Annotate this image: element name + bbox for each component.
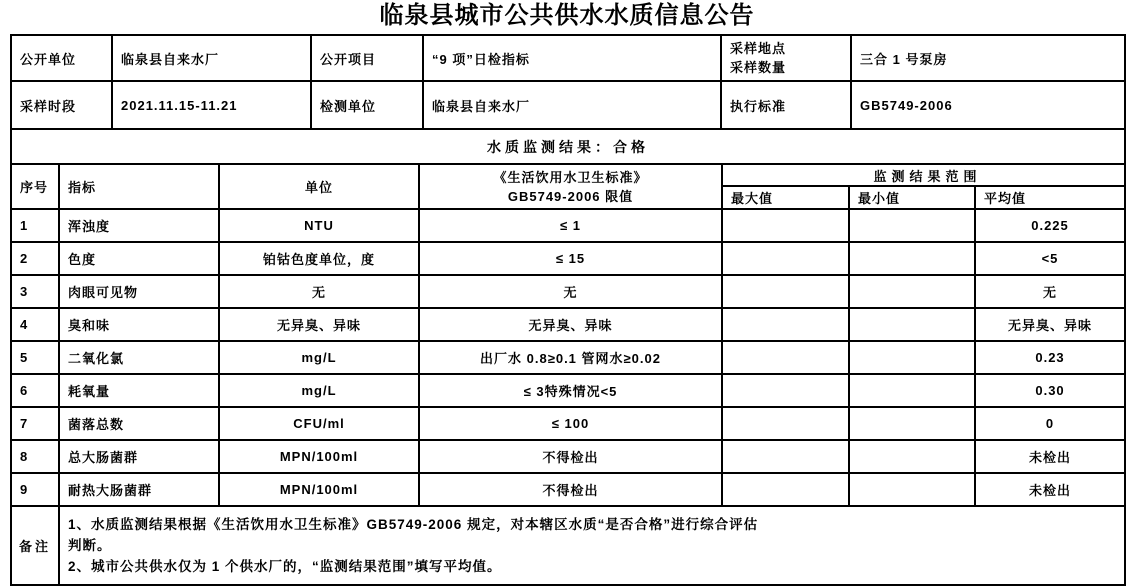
sampling-site-label-line: 采样地点 bbox=[730, 39, 850, 58]
public-unit-value: 临泉县自来水厂 bbox=[112, 35, 311, 81]
unit-cell: MPN/100ml bbox=[219, 473, 419, 506]
min-value-cell bbox=[849, 308, 975, 341]
avg-value-cell: 无异臭、异味 bbox=[975, 308, 1125, 341]
max-value-cell bbox=[722, 275, 849, 308]
sampling-site-value: 三合 1 号泵房 bbox=[851, 35, 1125, 81]
unit-cell: CFU/ml bbox=[219, 407, 419, 440]
public-project-value: “9 项”日检指标 bbox=[423, 35, 721, 81]
avg-value-cell: 0.225 bbox=[975, 209, 1125, 242]
min-value-cell bbox=[849, 407, 975, 440]
indicators-table: 序号 指标 单位 《生活饮用水卫生标准》 GB5749-2006 限值 监测结果… bbox=[10, 163, 1126, 586]
table-row: 2 色度 铂钴色度单位，度 ≤ 15 <5 bbox=[11, 242, 1125, 275]
max-value-cell bbox=[722, 440, 849, 473]
limit-cell: ≤ 3特殊情况<5 bbox=[419, 374, 722, 407]
row-no-cell: 9 bbox=[11, 473, 59, 506]
public-unit-label: 公开单位 bbox=[11, 35, 112, 81]
limit-header-line2: GB5749-2006 限值 bbox=[420, 187, 721, 206]
indicator-cell: 色度 bbox=[59, 242, 219, 275]
indicator-cell: 总大肠菌群 bbox=[59, 440, 219, 473]
col-header-limit: 《生活饮用水卫生标准》 GB5749-2006 限值 bbox=[419, 164, 722, 209]
limit-cell: 无异臭、异味 bbox=[419, 308, 722, 341]
min-value-cell bbox=[849, 209, 975, 242]
avg-value-cell: 0 bbox=[975, 407, 1125, 440]
remarks-line-2: 判断。 bbox=[68, 535, 1124, 556]
max-value-cell bbox=[722, 407, 849, 440]
public-project-label: 公开项目 bbox=[311, 35, 423, 81]
row-no-cell: 7 bbox=[11, 407, 59, 440]
min-value-cell bbox=[849, 374, 975, 407]
indicator-cell: 耗氧量 bbox=[59, 374, 219, 407]
result-banner: 水质监测结果：合格 bbox=[11, 129, 1125, 164]
limit-cell: ≤ 15 bbox=[419, 242, 722, 275]
indicator-cell: 二氧化氯 bbox=[59, 341, 219, 374]
table-row: 采样时段 2021.11.15-11.21 检测单位 临泉县自来水厂 执行标准 … bbox=[11, 81, 1125, 129]
remarks-content: 1、水质监测结果根据《生活饮用水卫生标准》GB5749-2006 规定，对本辖区… bbox=[59, 506, 1125, 585]
remarks-line-3: 2、城市公共供水仅为 1 个供水厂的，“监测结果范围”填写平均值。 bbox=[68, 556, 1124, 577]
unit-cell: 无 bbox=[219, 275, 419, 308]
unit-cell: 铂钴色度单位，度 bbox=[219, 242, 419, 275]
info-header-table: 公开单位 临泉县自来水厂 公开项目 “9 项”日检指标 采样地点 采样数量 三合… bbox=[10, 34, 1126, 165]
limit-cell: 不得检出 bbox=[419, 440, 722, 473]
standard-value: GB5749-2006 bbox=[851, 81, 1125, 129]
max-value-cell bbox=[722, 308, 849, 341]
max-value-cell bbox=[722, 374, 849, 407]
limit-cell: 出厂水 0.8≥0.1 管网水≥0.02 bbox=[419, 341, 722, 374]
limit-cell: ≤ 100 bbox=[419, 407, 722, 440]
limit-cell: ≤ 1 bbox=[419, 209, 722, 242]
unit-cell: 无异臭、异味 bbox=[219, 308, 419, 341]
min-value-cell bbox=[849, 275, 975, 308]
sampling-site-count-label: 采样地点 采样数量 bbox=[721, 35, 851, 81]
min-value-cell bbox=[849, 473, 975, 506]
indicator-cell: 肉眼可见物 bbox=[59, 275, 219, 308]
unit-cell: mg/L bbox=[219, 374, 419, 407]
row-no-cell: 4 bbox=[11, 308, 59, 341]
testing-unit-value: 临泉县自来水厂 bbox=[423, 81, 721, 129]
col-header-indicator: 指标 bbox=[59, 164, 219, 209]
remarks-row: 备注 1、水质监测结果根据《生活饮用水卫生标准》GB5749-2006 规定，对… bbox=[11, 506, 1125, 585]
table-row: 公开单位 临泉县自来水厂 公开项目 “9 项”日检指标 采样地点 采样数量 三合… bbox=[11, 35, 1125, 81]
col-header-no: 序号 bbox=[11, 164, 59, 209]
table-row: 水质监测结果：合格 bbox=[11, 129, 1125, 164]
testing-unit-label: 检测单位 bbox=[311, 81, 423, 129]
avg-value-cell: 无 bbox=[975, 275, 1125, 308]
unit-cell: NTU bbox=[219, 209, 419, 242]
indicator-cell: 菌落总数 bbox=[59, 407, 219, 440]
col-header-min: 最小值 bbox=[849, 186, 975, 209]
row-no-cell: 3 bbox=[11, 275, 59, 308]
limit-cell: 不得检出 bbox=[419, 473, 722, 506]
page-title: 临泉县城市公共供水水质信息公告 bbox=[0, 0, 1134, 34]
table-row: 8 总大肠菌群 MPN/100ml 不得检出 未检出 bbox=[11, 440, 1125, 473]
table-header-row: 序号 指标 单位 《生活饮用水卫生标准》 GB5749-2006 限值 监测结果… bbox=[11, 164, 1125, 186]
col-header-unit: 单位 bbox=[219, 164, 419, 209]
limit-header-line1: 《生活饮用水卫生标准》 bbox=[420, 168, 721, 187]
unit-cell: MPN/100ml bbox=[219, 440, 419, 473]
table-row: 1 浑浊度 NTU ≤ 1 0.225 bbox=[11, 209, 1125, 242]
min-value-cell bbox=[849, 242, 975, 275]
sampling-count-label-line: 采样数量 bbox=[730, 58, 850, 77]
max-value-cell bbox=[722, 242, 849, 275]
row-no-cell: 8 bbox=[11, 440, 59, 473]
row-no-cell: 1 bbox=[11, 209, 59, 242]
table-row: 3 肉眼可见物 无 无 无 bbox=[11, 275, 1125, 308]
sampling-period-value: 2021.11.15-11.21 bbox=[112, 81, 311, 129]
indicator-cell: 臭和味 bbox=[59, 308, 219, 341]
avg-value-cell: 未检出 bbox=[975, 440, 1125, 473]
avg-value-cell: 未检出 bbox=[975, 473, 1125, 506]
col-header-max: 最大值 bbox=[722, 186, 849, 209]
row-no-cell: 2 bbox=[11, 242, 59, 275]
indicator-cell: 浑浊度 bbox=[59, 209, 219, 242]
remarks-label: 备注 bbox=[11, 506, 59, 585]
row-no-cell: 6 bbox=[11, 374, 59, 407]
table-row: 4 臭和味 无异臭、异味 无异臭、异味 无异臭、异味 bbox=[11, 308, 1125, 341]
remarks-line-1: 1、水质监测结果根据《生活饮用水卫生标准》GB5749-2006 规定，对本辖区… bbox=[68, 514, 1124, 535]
table-row: 9 耐热大肠菌群 MPN/100ml 不得检出 未检出 bbox=[11, 473, 1125, 506]
col-header-range: 监测结果范围 bbox=[722, 164, 1125, 186]
water-quality-notice-document: 公开单位 临泉县自来水厂 公开项目 “9 项”日检指标 采样地点 采样数量 三合… bbox=[10, 34, 1124, 586]
limit-cell: 无 bbox=[419, 275, 722, 308]
max-value-cell bbox=[722, 341, 849, 374]
row-no-cell: 5 bbox=[11, 341, 59, 374]
avg-value-cell: <5 bbox=[975, 242, 1125, 275]
avg-value-cell: 0.23 bbox=[975, 341, 1125, 374]
table-row: 5 二氧化氯 mg/L 出厂水 0.8≥0.1 管网水≥0.02 0.23 bbox=[11, 341, 1125, 374]
max-value-cell bbox=[722, 473, 849, 506]
min-value-cell bbox=[849, 341, 975, 374]
unit-cell: mg/L bbox=[219, 341, 419, 374]
min-value-cell bbox=[849, 440, 975, 473]
table-row: 6 耗氧量 mg/L ≤ 3特殊情况<5 0.30 bbox=[11, 374, 1125, 407]
max-value-cell bbox=[722, 209, 849, 242]
col-header-avg: 平均值 bbox=[975, 186, 1125, 209]
sampling-period-label: 采样时段 bbox=[11, 81, 112, 129]
avg-value-cell: 0.30 bbox=[975, 374, 1125, 407]
table-row: 7 菌落总数 CFU/ml ≤ 100 0 bbox=[11, 407, 1125, 440]
standard-label: 执行标准 bbox=[721, 81, 851, 129]
indicator-cell: 耐热大肠菌群 bbox=[59, 473, 219, 506]
